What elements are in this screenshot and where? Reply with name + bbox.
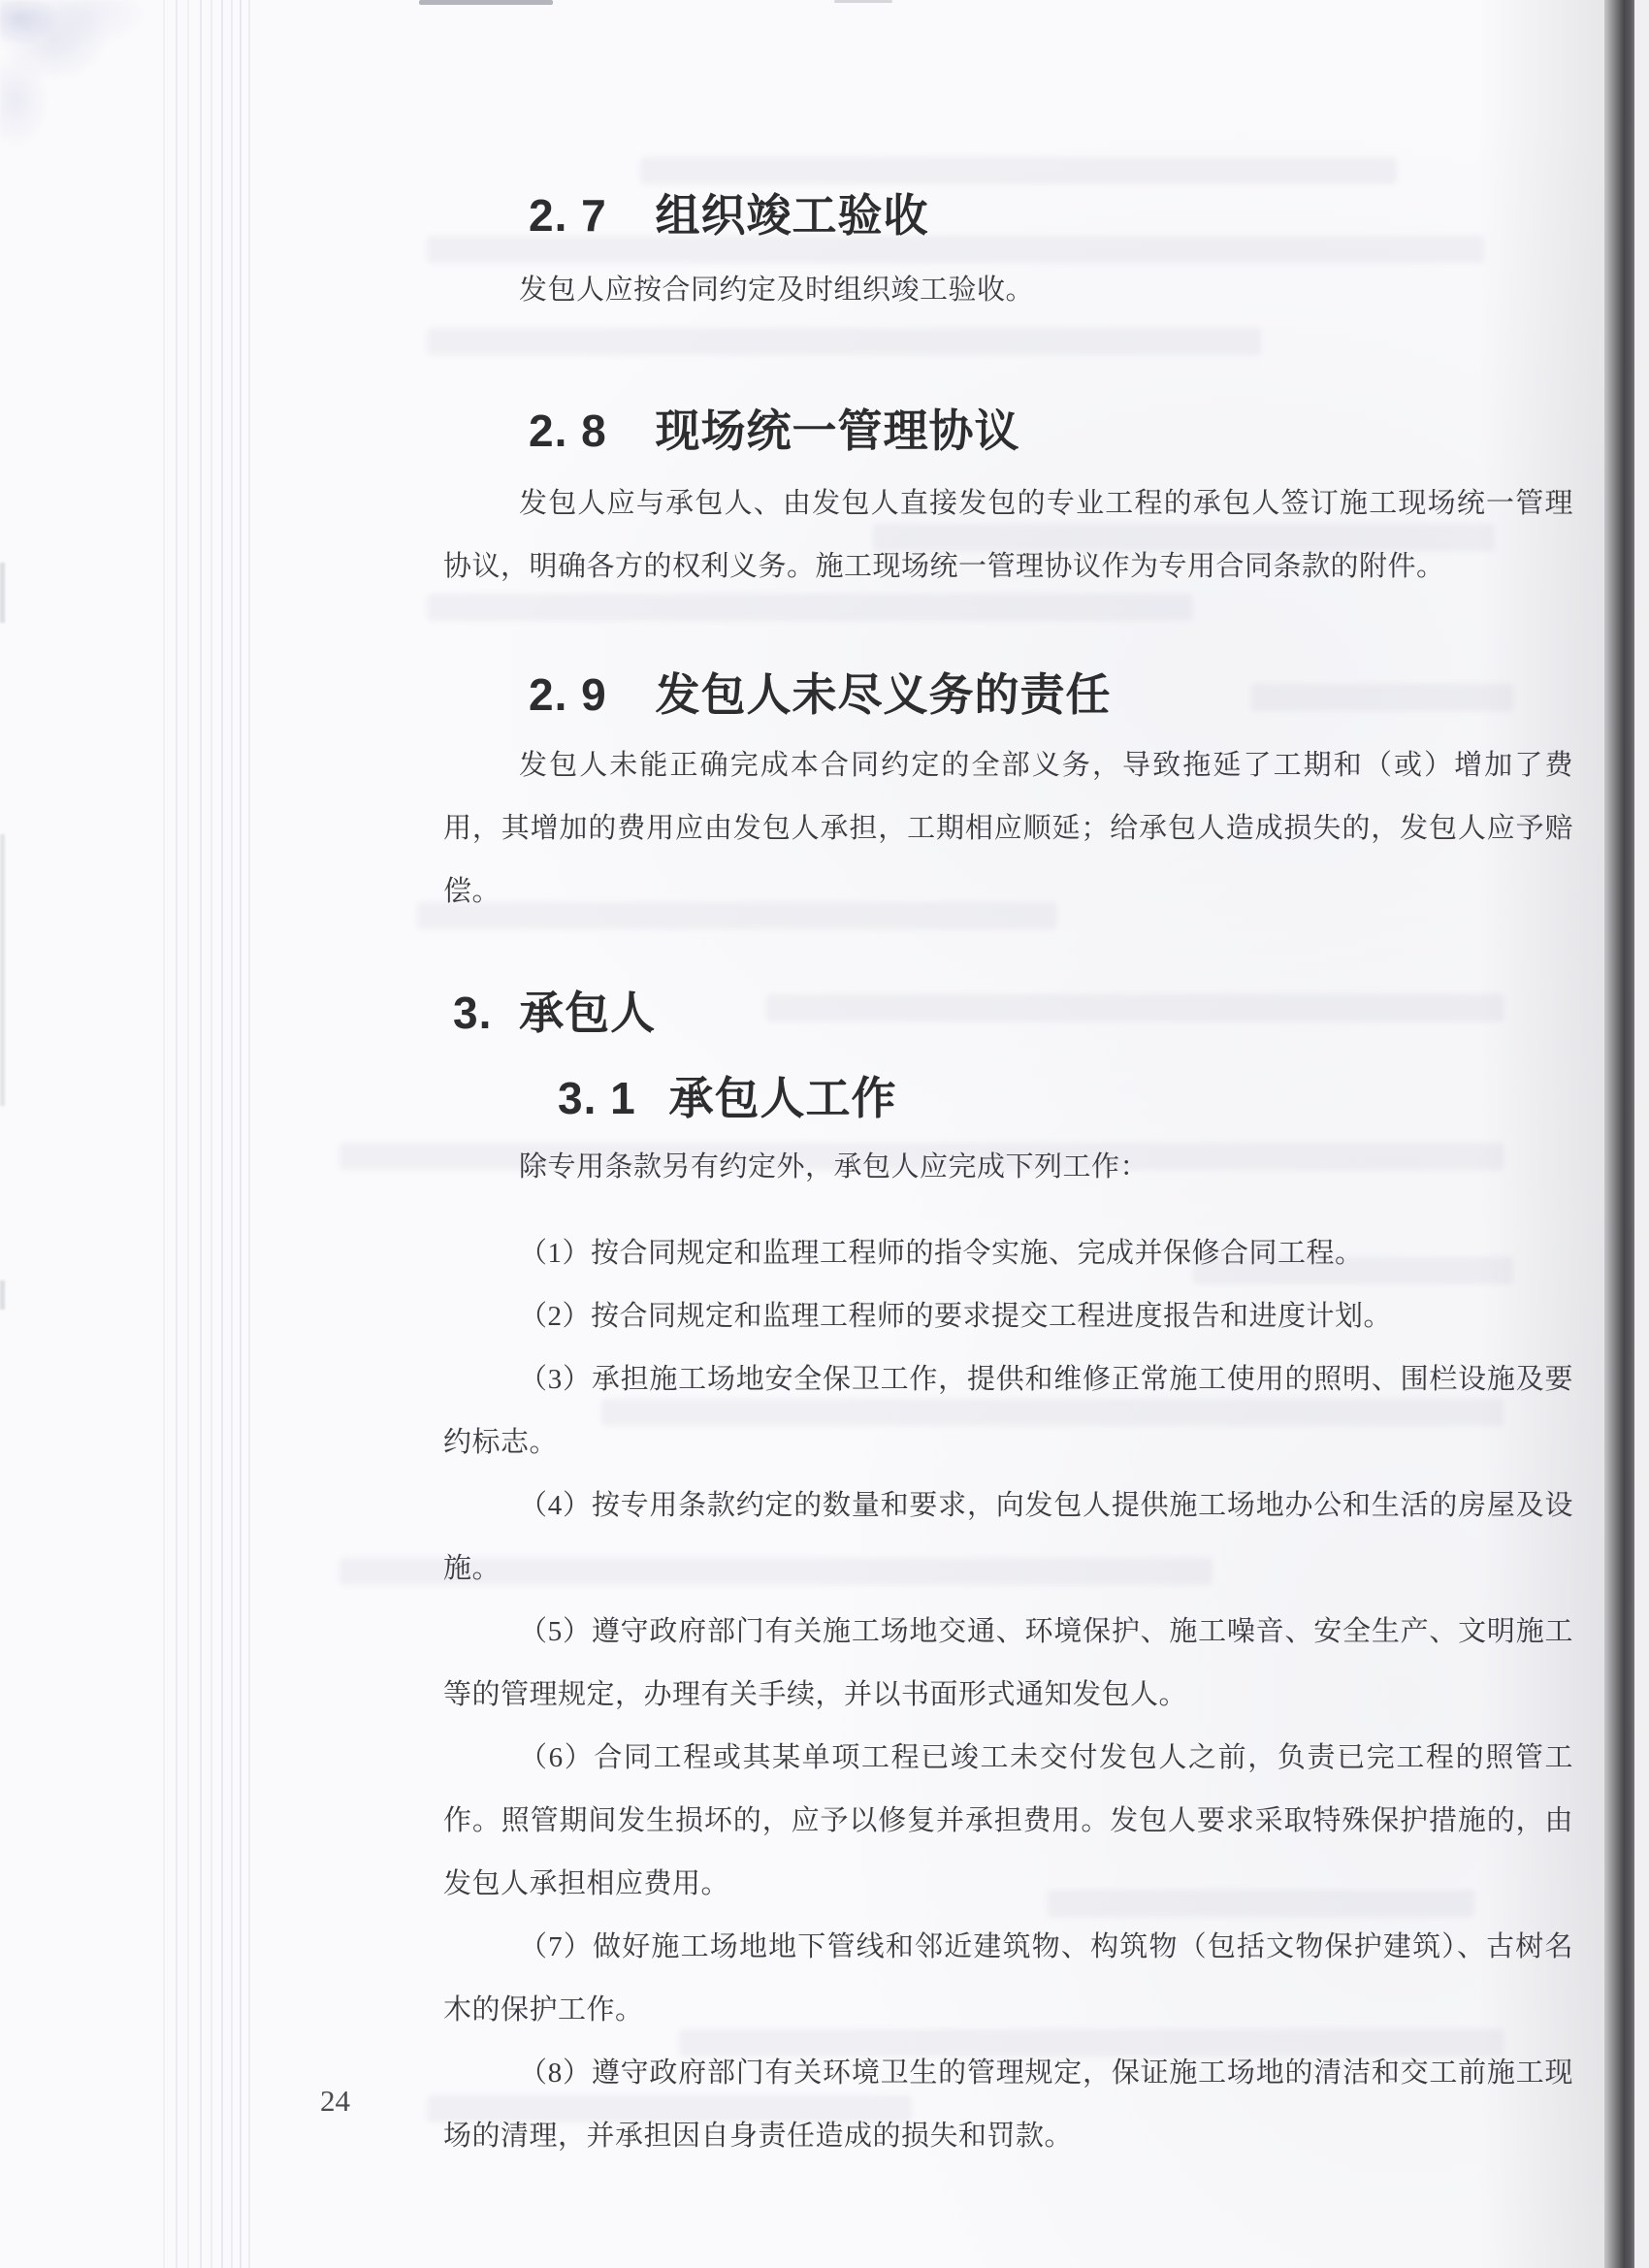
list-item-8: （8）遵守政府部门有关环境卫生的管理规定，保证施工场地的清洁和交工前施工现场的清… [443, 2042, 1573, 2168]
list-item-7: （7）做好施工场地地下管线和邻近建筑物、构筑物（包括文物保护建筑）、古树名木的保… [443, 1916, 1573, 2042]
list-item-3: （3）承担施工场地安全保卫工作，提供和维修正常施工使用的照明、围栏设施及要约标志… [443, 1348, 1573, 1474]
section-number: 3. 1 [558, 1073, 636, 1123]
section-heading-2-8: 2. 8 现场统一管理协议 [529, 405, 1573, 457]
section-2-9-paragraph: 发包人未能正确完成本合同约定的全部义务，导致拖延了工期和（或）增加了费用，其增加… [443, 734, 1573, 923]
scan-binding-strip [1604, 0, 1634, 2268]
chapter-number: 3. [453, 988, 492, 1038]
chapter-heading-3: 3. 承包人 [453, 987, 1573, 1039]
scan-corner-noise [0, 0, 155, 223]
section-heading-2-9: 2. 9 发包人未尽义务的责任 [529, 668, 1573, 721]
section-heading-3-1: 3. 1 承包人工作 [558, 1072, 1573, 1124]
section-number: 2. 9 [529, 669, 607, 720]
subsection-intro-paragraph: 除专用条款另有约定外，承包人应完成下列工作： [443, 1136, 1573, 1199]
section-2-8-paragraph: 发包人应与承包人、由发包人直接发包的专业工程的承包人签订施工现场统一管理协议，明… [443, 472, 1573, 599]
list-item-4: （4）按专用条款约定的数量和要求，向发包人提供施工场地办公和生活的房屋及设施。 [443, 1474, 1573, 1601]
list-item-6: （6）合同工程或其某单项工程已竣工未交付发包人之前，负责已完工程的照管工作。照管… [443, 1727, 1573, 1916]
scan-edge-smudge [0, 563, 5, 623]
scanned-contract-page: 2. 7 组织竣工验收 发包人应按合同约定及时组织竣工验收。 2. 8 现场统一… [0, 0, 1649, 2268]
section-title: 组织竣工验收 [656, 190, 929, 241]
list-item-2: （2）按合同规定和监理工程师的要求提交工程进度报告和进度计划。 [443, 1285, 1573, 1348]
section-2-7-paragraph: 发包人应按合同约定及时组织竣工验收。 [443, 259, 1573, 322]
chapter-title: 承包人 [519, 988, 656, 1038]
scan-background-gutter [1634, 0, 1649, 2268]
scan-edge-smudge [0, 834, 5, 1106]
section-title: 承包人工作 [669, 1073, 897, 1123]
section-heading-2-7: 2. 7 组织竣工验收 [529, 189, 1573, 242]
section-title: 现场统一管理协议 [656, 405, 1020, 456]
section-title: 发包人未尽义务的责任 [656, 669, 1112, 720]
list-item-1: （1）按合同规定和监理工程师的指令实施、完成并保修合同工程。 [443, 1222, 1573, 1285]
list-item-5: （5）遵守政府部门有关施工场地交通、环境保护、施工噪音、安全生产、文明施工等的管… [443, 1601, 1573, 1727]
section-number: 2. 8 [529, 405, 607, 456]
section-number: 2. 7 [529, 190, 607, 241]
document-body: 2. 7 组织竣工验收 发包人应按合同约定及时组织竣工验收。 2. 8 现场统一… [443, 0, 1573, 2168]
scan-edge-smudge [0, 1280, 5, 1310]
page-number: 24 [320, 2084, 350, 2119]
